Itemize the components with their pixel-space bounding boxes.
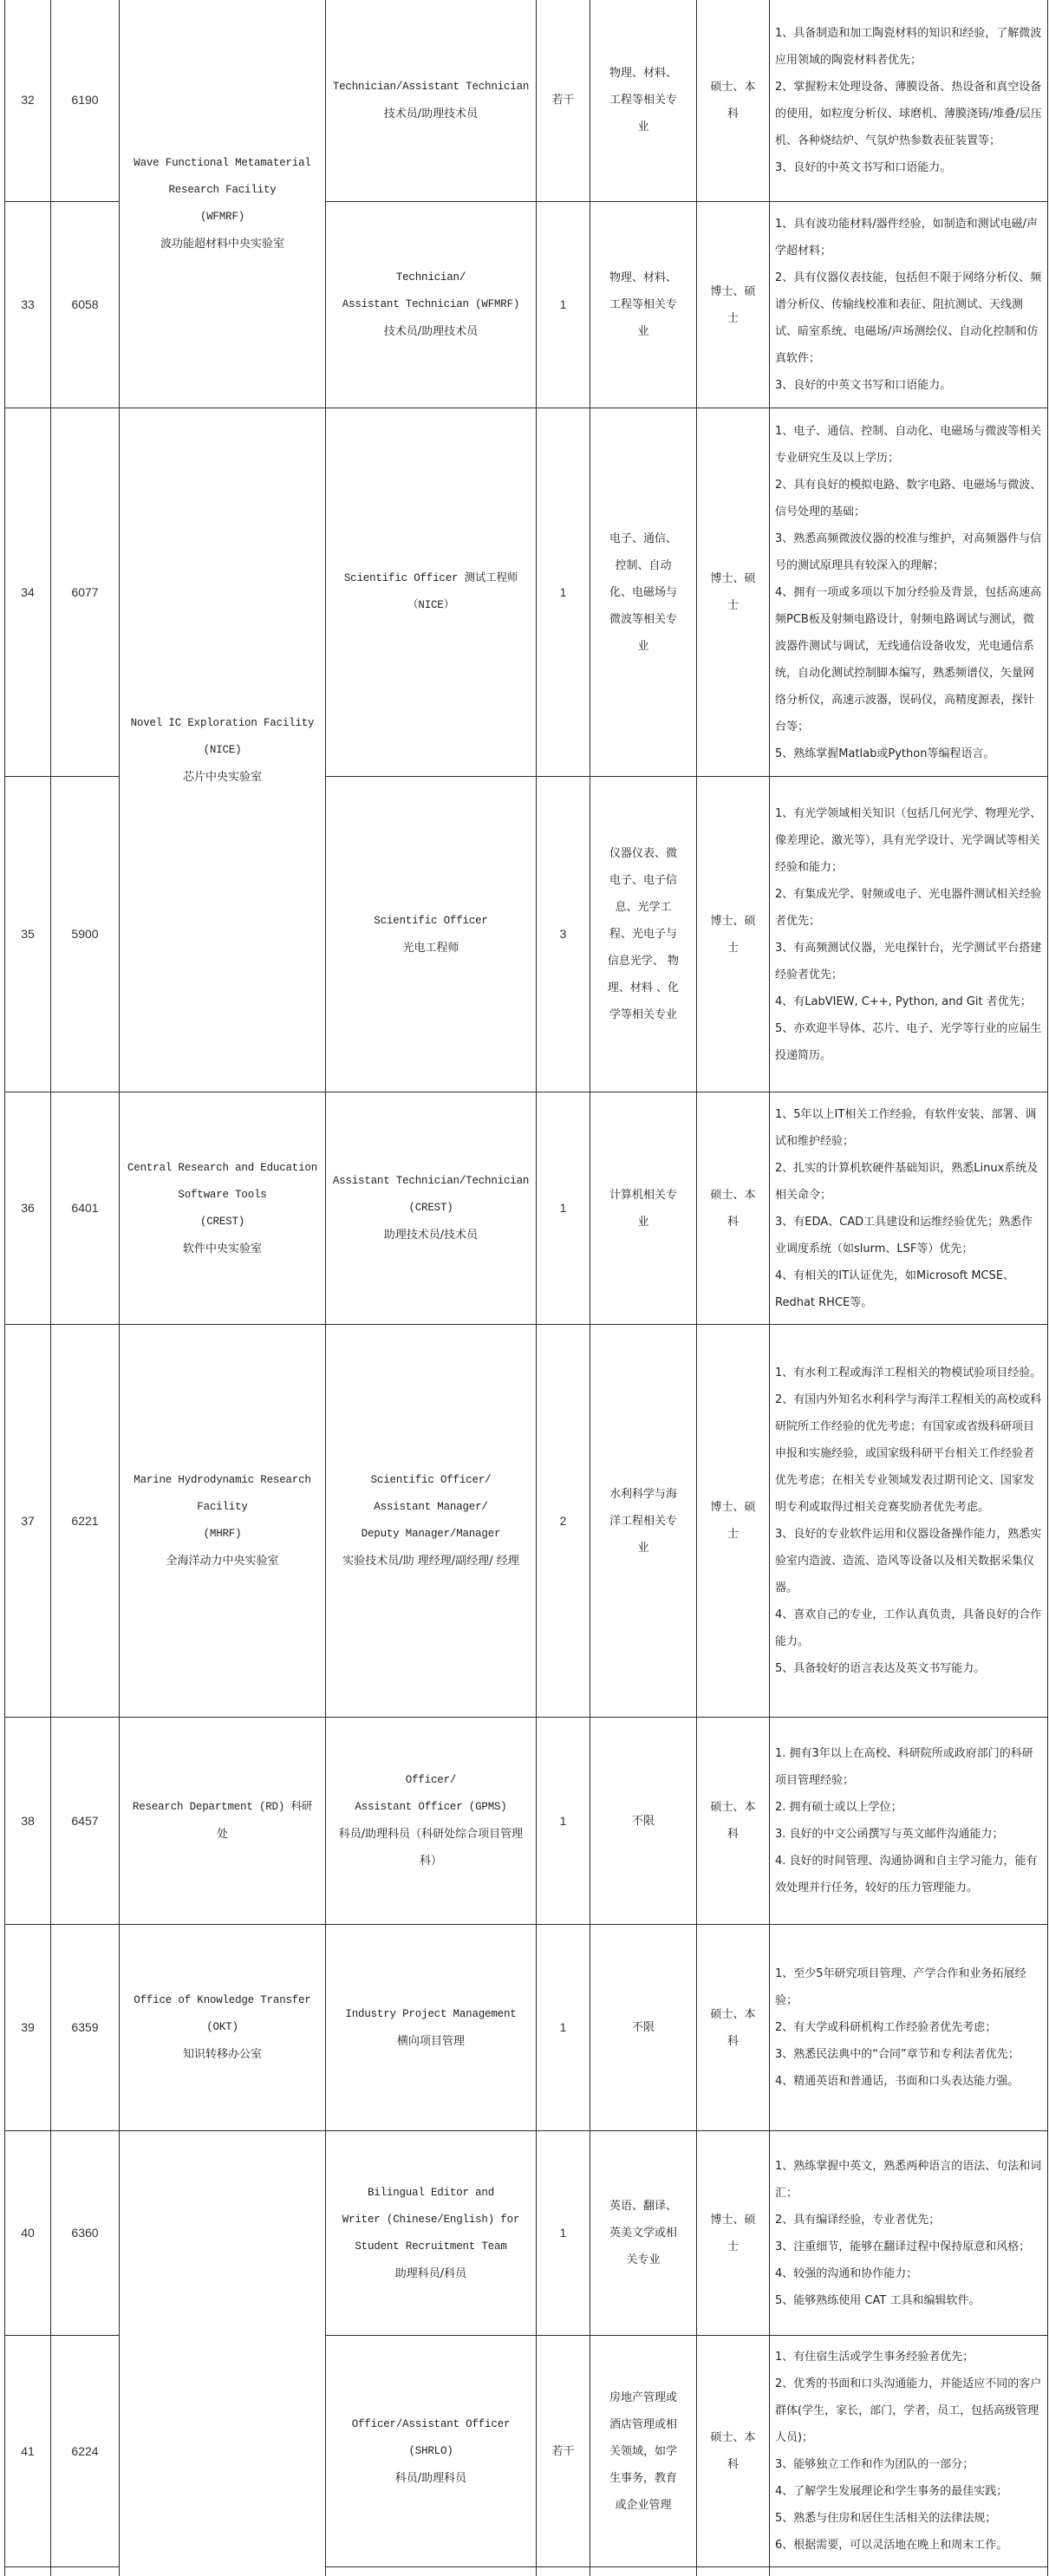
requirement-item: 4、有相关的IT认证优先，如Microsoft MCSE、Redhat RHCE… — [775, 1262, 1042, 1316]
position-title-line: 横向项目管理 — [331, 2028, 531, 2055]
position-title-cell: Industry Project Management横向项目管理 — [326, 1925, 537, 2131]
department-name-line: Research Facility — [125, 177, 320, 204]
position-code: 6058 — [51, 202, 120, 408]
position-title-line: 科员/助理科员（科研处综合项目管理科） — [331, 1821, 531, 1875]
department-name-line: Novel IC Exploration Facility — [125, 710, 320, 737]
requirement-item: 4、了解学生发展理论和学生事务的最佳实践； — [775, 2478, 1042, 2505]
row-index: 41 — [5, 2336, 51, 2567]
position-title-line: Technician/Assistant Technician — [331, 74, 531, 101]
requirement-item: 1、电子、通信、控制、自动化、电磁场与微波等相关专业研究生及以上学历； — [775, 418, 1042, 472]
headcount: 1 — [537, 2131, 590, 2336]
major-requirement: 物理、材料、工程等相关专业 — [590, 202, 697, 408]
requirement-item: 1、熟练掌握中英文，熟悉两种语言的语法、句法和词汇； — [775, 2153, 1042, 2207]
position-title-cell: Bilingual Editor andWriter (Chinese/Engl… — [326, 2131, 537, 2336]
major-requirement: 仪器仪表、微电子、电子信息、光学工程、光电子与信息光学、 物理、材料 、化学等相… — [590, 777, 697, 1092]
major-requirement: 计算机相关专业 — [590, 1092, 697, 1325]
requirement-item: 1、5年以上IT相关工作经验，有软件安装、部署、调试和维护经验； — [775, 1101, 1042, 1155]
requirement-item: 3、良好的专业软件运用和仪器设备操作能力，熟悉实验室内造波、造流、造风等设备以及… — [775, 1521, 1042, 1601]
job-table-container: 326190Wave Functional MetamaterialResear… — [4, 0, 1048, 2576]
requirement-item: 4、有LabVIEW, C++, Python, and Git 者优先； — [775, 988, 1042, 1015]
position-title-line: Assistant Officer (GPMS) — [331, 1794, 531, 1821]
position-title-line: Officer/ — [331, 1767, 531, 1794]
position-title-line: （NICE） — [331, 592, 531, 619]
headcount: 1 — [537, 1925, 590, 2131]
position-title-line: Deputy Manager/Manager — [331, 1521, 531, 1548]
job-requirements: 1、具有波功能材料/器件经验，如制造和测试电磁/声学超材料；2、具有仪器仪表技能… — [770, 202, 1048, 408]
requirement-item: 2、具有编译经验，专业者优先； — [775, 2207, 1042, 2234]
position-code: 6224 — [51, 2336, 120, 2567]
position-title-cell: Technician/Assistant Technician (WFMRF)技… — [326, 202, 537, 408]
position-title-line: Industry Project Management — [331, 2001, 531, 2028]
requirement-item: 5、熟悉与住房和居住生活相关的法律法规； — [775, 2505, 1042, 2532]
requirement-item: 3、熟悉高频微波仪器的校准与维护，对高频器件与信号的测试原理具有较深入的理解； — [775, 525, 1042, 579]
position-title-line: Scientific Officer 测试工程师 — [331, 565, 531, 592]
degree-requirement: 博士、硕士 — [697, 202, 770, 408]
row-index: 40 — [5, 2131, 51, 2336]
row-index: 35 — [5, 777, 51, 1092]
row-index: 32 — [5, 0, 51, 202]
empty-cell — [326, 2567, 537, 2576]
requirement-item: 1、有水利工程或海洋工程相关的物模试验项目经验。 — [775, 1360, 1042, 1386]
position-code: 6360 — [51, 2131, 120, 2336]
requirement-item: 3、能够独立工作和作为团队的一部分； — [775, 2451, 1042, 2478]
major-requirement: 不限 — [590, 1925, 697, 2131]
position-title-line: 实验技术员/助 理经理/副经理/ 经理 — [331, 1548, 531, 1575]
requirement-item: 1、至少5年研究项目管理、产学合作和业务拓展经验； — [775, 1960, 1042, 2014]
requirement-item: 2、掌握粉末处理设备、薄膜设备、热设备和真空设备的使用，如粒度分析仪、球磨机、薄… — [775, 74, 1042, 154]
job-requirements: 1、具备制造和加工陶瓷材料的知识和经验，了解微波应用领域的陶瓷材料者优先；2、掌… — [770, 0, 1048, 202]
table-row: 366401Central Research and EducationSoft… — [5, 1092, 1048, 1325]
degree-requirement: 硕士、本科 — [697, 1925, 770, 2131]
major-requirement: 英语、翻译、英美文学或相关专业 — [590, 2131, 697, 2336]
position-code: 6457 — [51, 1718, 120, 1925]
department-name-line: (CREST) — [125, 1209, 320, 1236]
position-title-cell: Scientific Officer光电工程师 — [326, 777, 537, 1092]
department-name-line: 处 — [125, 1821, 320, 1848]
requirement-item: 3、有EDA、CAD工具建设和运维经验优先；熟悉作业调度系统（如slurm、LS… — [775, 1209, 1042, 1262]
requirement-item: 3、注重细节，能够在翻译过程中保持原意和风格； — [775, 2234, 1042, 2260]
row-index: 38 — [5, 1718, 51, 1925]
department-name-line: Software Tools — [125, 1182, 320, 1209]
major-requirement: 不限 — [590, 1718, 697, 1925]
requirement-item: 5、亦欢迎半导体、芯片、电子、光学等行业的应届生投递简历。 — [775, 1015, 1042, 1069]
department-name-line: (NICE) — [125, 737, 320, 764]
degree-requirement: 硕士、本科 — [697, 1718, 770, 1925]
position-code: 6221 — [51, 1325, 120, 1718]
requirement-item: 5、熟练掌握Matlab或Python等编程语言。 — [775, 740, 1042, 767]
position-title-line: Assistant Manager/ — [331, 1494, 531, 1521]
position-code: 5900 — [51, 777, 120, 1092]
department-name-line: (OKT) — [125, 2014, 320, 2041]
requirement-item: 2、优秀的书面和口头沟通能力，并能适应不同的客户群体(学生，家长，部门，学者，员… — [775, 2371, 1042, 2451]
requirement-item: 2、具有良好的模拟电路、数字电路、电磁场与微波、信号处理的基础； — [775, 472, 1042, 525]
job-requirements: 1、至少5年研究项目管理、产学合作和业务拓展经验；2、有大学或科研机构工作经验者… — [770, 1925, 1048, 2131]
row-index: 36 — [5, 1092, 51, 1325]
requirement-item: 2、有集成光学、射频或电子、光电器件测试相关经验者优先； — [775, 881, 1042, 935]
requirement-item: 3、有高频测试仪器，光电探针台，光学测试平台搭建经验者优先； — [775, 935, 1042, 988]
department-name-line: 软件中央实验室 — [125, 1236, 320, 1262]
requirement-item: 6、根据需要，可以灵活地在晚上和周末工作。 — [775, 2532, 1042, 2559]
empty-cell — [590, 2567, 697, 2576]
degree-requirement: 博士、硕士 — [697, 2131, 770, 2336]
requirement-item: 5、能够熟练使用 CAT 工具和编辑软件。 — [775, 2287, 1042, 2314]
major-requirement: 电子、通信、控制、自动化、电磁场与微波等相关专业 — [590, 408, 697, 777]
table-row: 396359Office of Knowledge Transfer(OKT)知… — [5, 1925, 1048, 2131]
requirement-item: 1、有光学领域相关知识（包括几何光学、物理光学、像差理论、激光等），具有光学设计… — [775, 800, 1042, 881]
headcount: 1 — [537, 1718, 590, 1925]
position-title-line: (SHRLO) — [331, 2438, 531, 2465]
position-code: 6359 — [51, 1925, 120, 2131]
position-code: 6401 — [51, 1092, 120, 1325]
department-name-line: Office of Knowledge Transfer — [125, 1987, 320, 2014]
position-title-line: 光电工程师 — [331, 935, 531, 962]
requirement-item: 2、有国内外知名水利科学与海洋工程相关的高校或科研院所工作经验的优先考虑；有国家… — [775, 1386, 1042, 1521]
position-title-line: 助理科员/科员 — [331, 2260, 531, 2287]
position-title-line: 助理技术员/技术员 — [331, 1222, 531, 1249]
department-name-line: Marine Hydrodynamic Research — [125, 1467, 320, 1494]
position-title-line: 科员/助理科员 — [331, 2465, 531, 2492]
requirement-item: 3、熟悉民法典中的“合同”章节和专利法者优先； — [775, 2041, 1042, 2068]
table-body: 326190Wave Functional MetamaterialResear… — [5, 0, 1048, 2576]
department-cell: Wave Functional MetamaterialResearch Fac… — [120, 0, 326, 408]
requirement-item: 3. 良好的中文公函撰写与英文邮件沟通能力； — [775, 1821, 1042, 1848]
department-name-line: Wave Functional Metamaterial — [125, 150, 320, 177]
position-title-cell: Scientific Officer 测试工程师（NICE） — [326, 408, 537, 777]
department-name-line: 知识转移办公室 — [125, 2041, 320, 2068]
position-title-line: Officer/Assistant Officer — [331, 2411, 531, 2438]
requirement-item: 1、有住宿生活或学生事务经验者优先； — [775, 2344, 1042, 2371]
department-name-line: 芯片中央实验室 — [125, 764, 320, 791]
row-index: 33 — [5, 202, 51, 408]
position-code: 6190 — [51, 0, 120, 202]
position-title-line: Scientific Officer — [331, 908, 531, 935]
department-name-line: Research Department (RD) 科研 — [125, 1794, 320, 1821]
position-code: 6077 — [51, 408, 120, 777]
department-name-line: (WFMRF) — [125, 204, 320, 231]
job-requirements: 1、电子、通信、控制、自动化、电磁场与微波等相关专业研究生及以上学历；2、具有良… — [770, 408, 1048, 777]
table-row: 376221Marine Hydrodynamic ResearchFacili… — [5, 1325, 1048, 1718]
requirement-item: 1、具备制造和加工陶瓷材料的知识和经验，了解微波应用领域的陶瓷材料者优先； — [775, 20, 1042, 74]
empty-cell — [770, 2567, 1048, 2576]
headcount: 2 — [537, 1325, 590, 1718]
position-title-cell: Officer/Assistant Officer(SHRLO)科员/助理科员 — [326, 2336, 537, 2567]
requirement-item: 4. 良好的时间管理、沟通协调和自主学习能力，能有效处理并行任务，较好的压力管理… — [775, 1848, 1042, 1901]
major-requirement: 房地产管理或酒店管理或相关领域，如学生事务，教育或企业管理 — [590, 2336, 697, 2567]
degree-requirement: 博士、硕士 — [697, 1325, 770, 1718]
requirement-item: 2、具有仪器仪表技能，包括但不限于网络分析仪、频谱分析仪、传输线校准和表征、阻抗… — [775, 264, 1042, 372]
table-row: 386457Research Department (RD) 科研处Office… — [5, 1718, 1048, 1925]
position-title-line: Bilingual Editor and — [331, 2180, 531, 2207]
department-cell: Research Department (RD) 科研处 — [120, 1718, 326, 1925]
position-title-line: Writer (Chinese/English) for — [331, 2207, 531, 2234]
position-title-line: Assistant Technician/Technician — [331, 1168, 531, 1195]
job-requirements: 1、有水利工程或海洋工程相关的物模试验项目经验。2、有国内外知名水利科学与海洋工… — [770, 1325, 1048, 1718]
job-positions-table: 326190Wave Functional MetamaterialResear… — [4, 0, 1048, 2576]
degree-requirement: 硕士、本科 — [697, 2336, 770, 2567]
job-requirements: 1、熟练掌握中英文，熟悉两种语言的语法、句法和词汇；2、具有编译经验，专业者优先… — [770, 2131, 1048, 2336]
row-index: 34 — [5, 408, 51, 777]
headcount: 若干 — [537, 2336, 590, 2567]
degree-requirement: 硕士、本科 — [697, 0, 770, 202]
requirement-item: 2、扎实的计算机软硬件基础知识，熟悉Linux系统及相关命令； — [775, 1155, 1042, 1209]
empty-cell — [697, 2567, 770, 2576]
empty-cell — [5, 2567, 51, 2576]
requirement-item: 4、拥有一项或多项以下加分经验及背景，包括高速高频PCB板及射频电路设计，射频电… — [775, 579, 1042, 740]
department-cell: Office of Knowledge Transfer(OKT)知识转移办公室 — [120, 1925, 326, 2131]
job-requirements: 1、有光学领域相关知识（包括几何光学、物理光学、像差理论、激光等），具有光学设计… — [770, 777, 1048, 1092]
major-requirement: 物理、材料、工程等相关专业 — [590, 0, 697, 202]
position-title-line: Technician/ — [331, 264, 531, 291]
row-index: 39 — [5, 1925, 51, 2131]
major-requirement: 水利科学与海洋工程相关专业 — [590, 1325, 697, 1718]
headcount: 1 — [537, 408, 590, 777]
requirement-item: 4、精通英语和普通话，书面和口头表达能力强。 — [775, 2068, 1042, 2095]
position-title-cell: Scientific Officer/Assistant Manager/Dep… — [326, 1325, 537, 1718]
requirement-item: 4、喜欢自己的专业，工作认真负责，具备良好的合作能力。 — [775, 1601, 1042, 1655]
requirement-item: 4、较强的沟通和协作能力； — [775, 2260, 1042, 2287]
position-title-line: 技术员/助理技术员 — [331, 318, 531, 345]
job-requirements: 1、5年以上IT相关工作经验，有软件安装、部署、调试和维护经验；2、扎实的计算机… — [770, 1092, 1048, 1325]
department-name-line: 全海洋动力中央实验室 — [125, 1548, 320, 1575]
department-cell: Central Research and EducationSoftware T… — [120, 1092, 326, 1325]
row-index: 37 — [5, 1325, 51, 1718]
department-name-line: 波功能超材料中央实验室 — [125, 231, 320, 258]
headcount: 若干 — [537, 0, 590, 202]
requirement-item: 3、良好的中英文书写和口语能力。 — [775, 154, 1042, 181]
department-name-line: Facility — [125, 1494, 320, 1521]
requirement-item: 1. 拥有3年以上在高校、科研院所或政府部门的科研项目管理经验； — [775, 1740, 1042, 1794]
degree-requirement: 博士、硕士 — [697, 408, 770, 777]
position-title-cell: Technician/Assistant Technician技术员/助理技术员 — [326, 0, 537, 202]
headcount: 1 — [537, 1092, 590, 1325]
position-title-cell: Assistant Technician/Technician(CREST)助理… — [326, 1092, 537, 1325]
requirement-item: 2. 拥有硕士或以上学位； — [775, 1794, 1042, 1821]
position-title-line: Scientific Officer/ — [331, 1467, 531, 1494]
requirement-item: 2、有大学或科研机构工作经验者优先考虑； — [775, 2014, 1042, 2041]
position-title-line: 技术员/助理技术员 — [331, 101, 531, 127]
table-row: 346077Novel IC Exploration Facility(NICE… — [5, 408, 1048, 777]
department-name-line: (MHRF) — [125, 1521, 320, 1548]
requirement-item: 1、具有波功能材料/器件经验，如制造和测试电磁/声学超材料； — [775, 211, 1042, 264]
table-row: 326190Wave Functional MetamaterialResear… — [5, 0, 1048, 202]
department-name-line: Central Research and Education — [125, 1155, 320, 1182]
job-requirements: 1、有住宿生活或学生事务经验者优先；2、优秀的书面和口头沟通能力，并能适应不同的… — [770, 2336, 1048, 2567]
requirement-item: 3、良好的中英文书写和口语能力。 — [775, 372, 1042, 399]
requirement-item: 5、具备较好的语言表达及英文书写能力。 — [775, 1655, 1042, 1682]
table-row: 406360Bilingual Editor andWriter (Chines… — [5, 2131, 1048, 2336]
headcount: 3 — [537, 777, 590, 1092]
department-cell: Marine Hydrodynamic ResearchFacility(MHR… — [120, 1325, 326, 1718]
degree-requirement: 硕士、本科 — [697, 1092, 770, 1325]
empty-cell — [537, 2567, 590, 2576]
position-title-line: (CREST) — [331, 1195, 531, 1222]
position-title-line: Assistant Technician (WFMRF) — [331, 291, 531, 318]
empty-cell — [51, 2567, 120, 2576]
department-cell: Novel IC Exploration Facility(NICE)芯片中央实… — [120, 408, 326, 1092]
department-cell — [120, 2131, 326, 2576]
job-requirements: 1. 拥有3年以上在高校、科研院所或政府部门的科研项目管理经验；2. 拥有硕士或… — [770, 1718, 1048, 1925]
position-title-cell: Officer/Assistant Officer (GPMS)科员/助理科员（… — [326, 1718, 537, 1925]
degree-requirement: 博士、硕士 — [697, 777, 770, 1092]
headcount: 1 — [537, 202, 590, 408]
position-title-line: Student Recruitment Team — [331, 2234, 531, 2260]
